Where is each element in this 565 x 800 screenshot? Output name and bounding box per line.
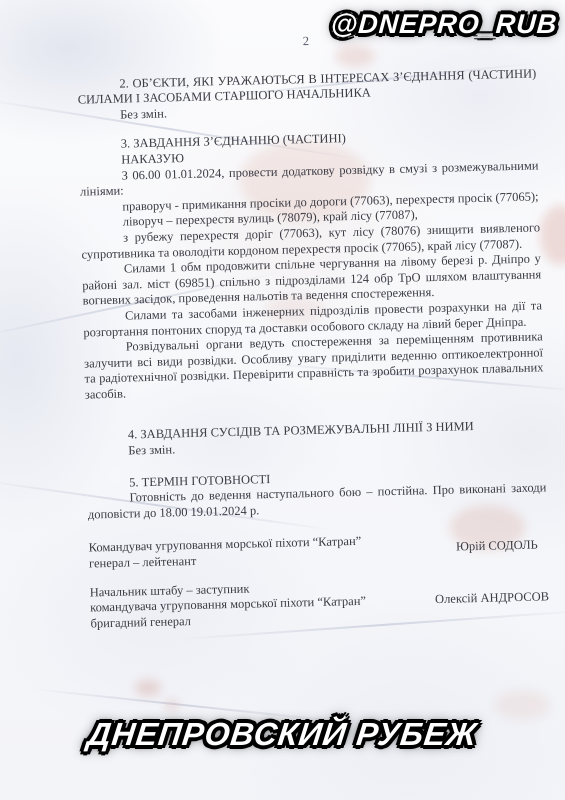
- signature-roles: Начальник штабу – заступник командувача …: [90, 578, 367, 632]
- paper-stain: [540, 205, 565, 265]
- signature-name: Олексій АНДРОСОВ: [435, 590, 549, 608]
- document-photo: 2 2. ОБ’ЄКТИ, ЯКІ УРАЖАЮТЬСЯ В ІНТЕРЕСАХ…: [0, 0, 565, 800]
- document-content: 2 2. ОБ’ЄКТИ, ЯКІ УРАЖАЮТЬСЯ В ІНТЕРЕСАХ…: [76, 28, 549, 631]
- signature-name: Юрій СОДОЛЬ: [456, 538, 548, 556]
- paper-stain: [165, 700, 179, 710]
- signature-roles: Командувач угруповання морської піхоти “…: [89, 534, 362, 572]
- section3-paragraph: Розвідувальні органи ведуть спостереженн…: [84, 329, 544, 403]
- watermark-channel-handle: @DNEPRO_RUB: [330, 9, 559, 40]
- watermark-channel-name: ДНЕПРОВСКИЙ РУБЕЖ: [0, 716, 565, 753]
- paper-stain: [135, 680, 161, 696]
- signature-block-commander: Командувач угруповання морської піхоти “…: [89, 530, 549, 572]
